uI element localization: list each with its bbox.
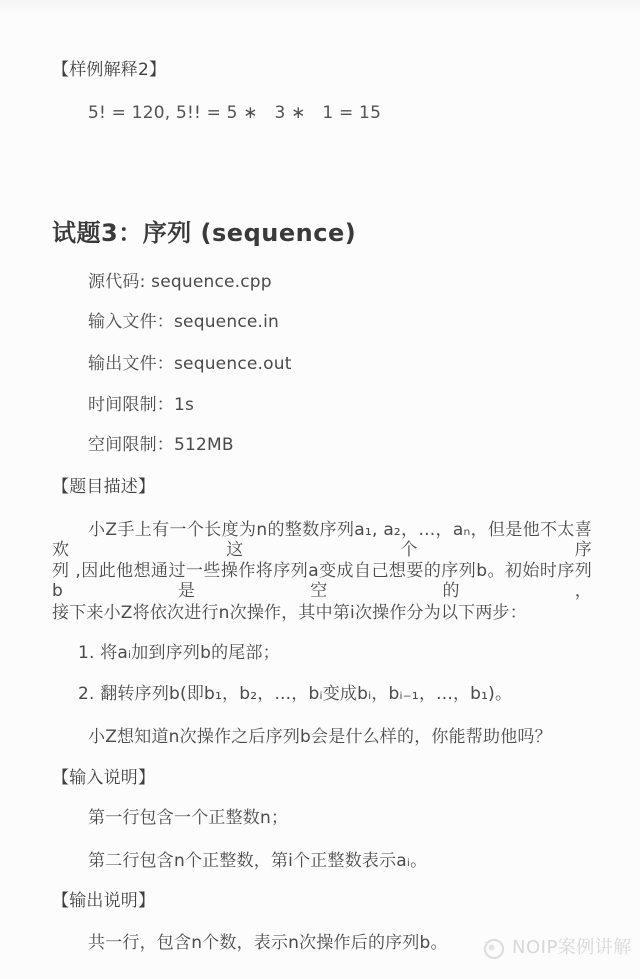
description-line-2: 列 ,因此他想通过一些操作将序列a变成自己想要的序列b。初始时序列b是空的， [52, 561, 592, 601]
noip-logo-icon [482, 937, 505, 960]
watermark: NOIP案例讲解 [482, 936, 632, 960]
description-step-2: 2. 翻转序列b(即b₁，b₂，...，bᵢ变成bᵢ，bᵢ₋₁，...，b₁)。 [78, 684, 512, 704]
description-line-1: 小Z手上有一个长度为n的整数序列a₁, a₂，...，aₙ，但是他不太喜欢这个序 [52, 520, 592, 560]
sample-explanation-2-header: 【样例解释2】 [52, 60, 166, 80]
meta-input-file: 输入文件：sequence.in [88, 312, 279, 332]
meta-source-code: 源代码: sequence.cpp [88, 272, 272, 292]
description-step-1: 1. 将aᵢ加到序列b的尾部； [78, 643, 280, 663]
description-question: 小Z想知道n次操作之后序列b会是什么样的，你能帮助他吗？ [88, 727, 552, 747]
meta-time-limit: 时间限制：1s [88, 395, 194, 415]
description-header: 【题目描述】 [52, 477, 155, 497]
meta-output-file: 输出文件：sequence.out [88, 354, 292, 374]
problem-title: 试题3：序列 (sequence) [52, 219, 356, 247]
input-spec-line-2: 第二行包含n个正整数，第i个正整数表示aᵢ。 [88, 851, 427, 871]
meta-memory-limit: 空间限制：512MB [88, 435, 234, 455]
watermark-label: NOIP案例讲解 [512, 936, 632, 960]
input-spec-header: 【输入说明】 [52, 768, 155, 788]
document-page: 【样例解释2】 5! = 120, 5!! = 5 ∗ 3 ∗ 1 = 15 试… [0, 0, 640, 979]
description-line-3: 接下来小Z将依次进行n次操作，其中第i次操作分为以下两步： [52, 603, 527, 623]
sample-explanation-2-formula: 5! = 120, 5!! = 5 ∗ 3 ∗ 1 = 15 [88, 103, 381, 123]
input-spec-line-1: 第一行包含一个正整数n； [88, 808, 288, 828]
output-spec-line-1: 共一行，包含n个数，表示n次操作后的序列b。 [88, 933, 448, 953]
output-spec-header: 【输出说明】 [52, 891, 155, 911]
